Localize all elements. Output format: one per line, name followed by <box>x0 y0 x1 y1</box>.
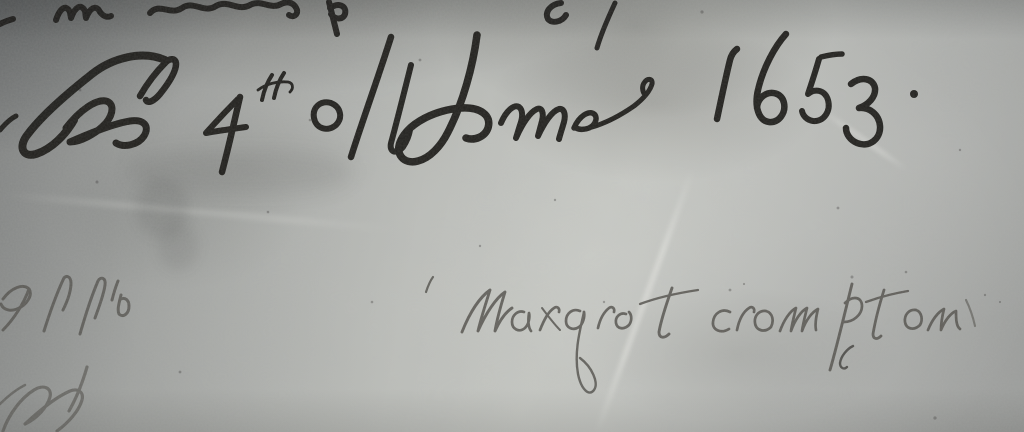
manuscript-photo: (illegible pen strokes of a line cropped… <box>0 0 1024 432</box>
photo-shading <box>0 0 1024 432</box>
